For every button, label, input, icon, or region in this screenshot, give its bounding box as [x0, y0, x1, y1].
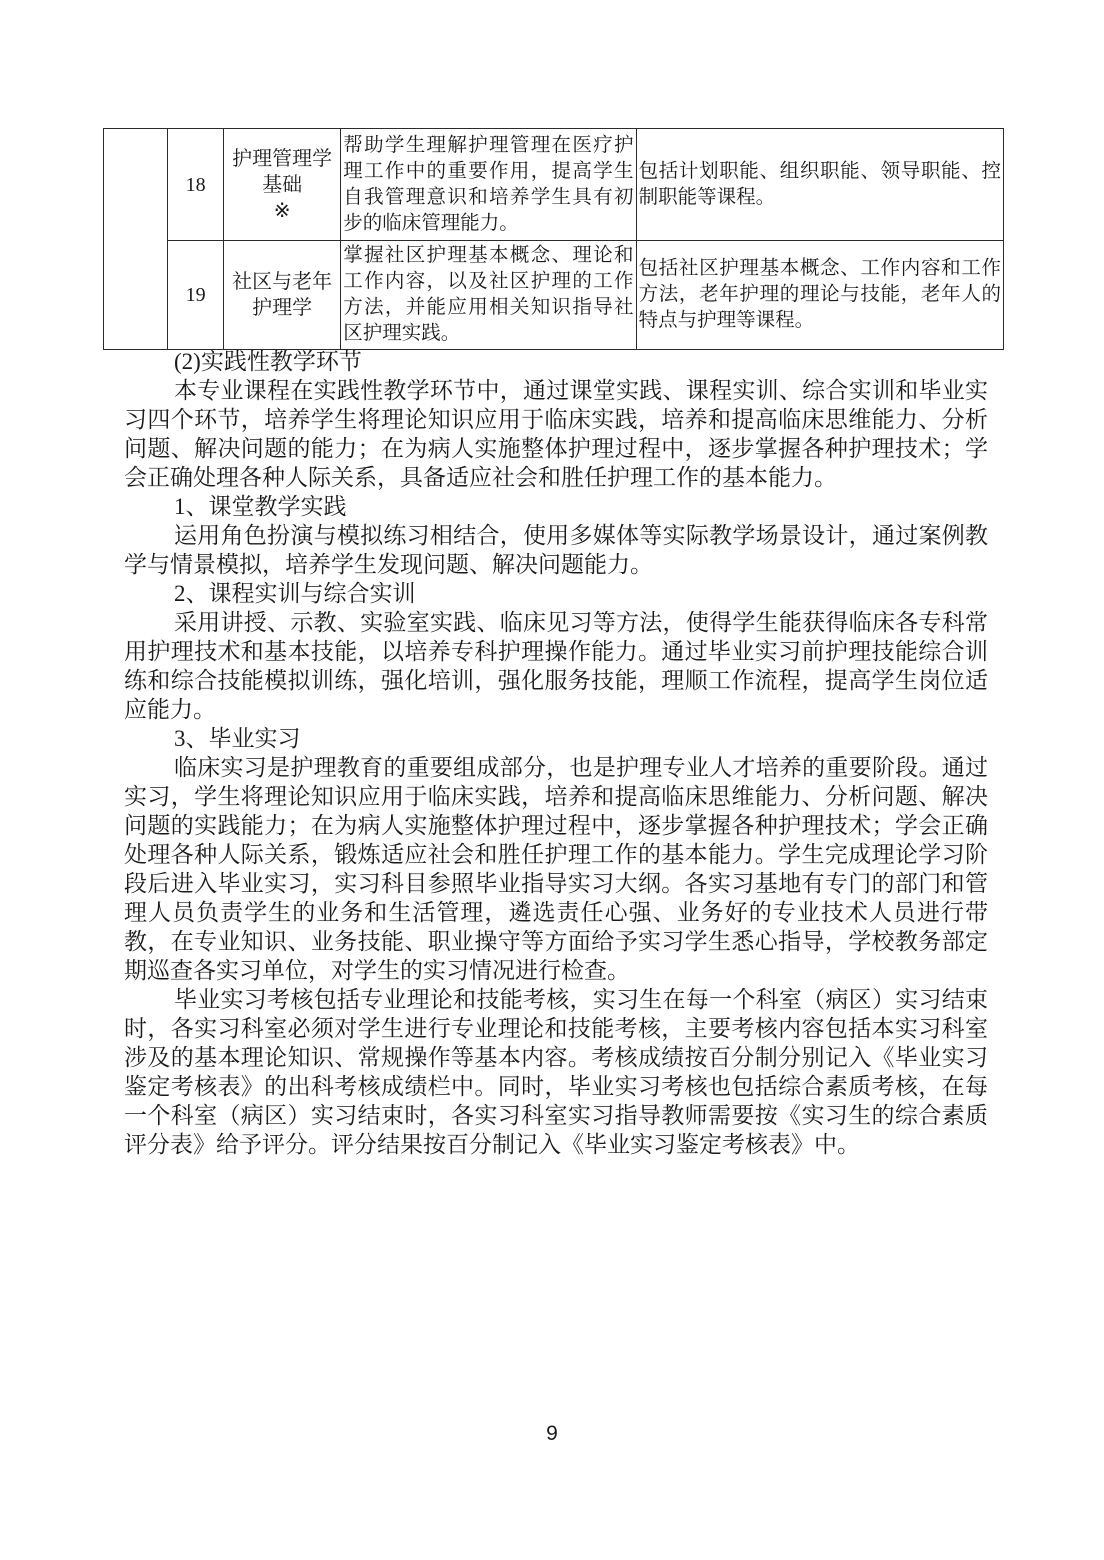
paragraph-internship-overview: 临床实习是护理教育的重要组成部分，也是护理专业人才培养的重要阶段。通过实习，学生…: [124, 753, 988, 985]
paragraph-intro: 本专业课程在实践性教学环节中，通过课堂实践、课程实训、综合实训和毕业实习四个环节…: [124, 376, 988, 492]
course-content: 包括社区护理基本概念、工作内容和工作方法，老年护理的理论与技能，老年人的特点与护…: [636, 241, 1003, 350]
course-objective: 掌握社区护理基本概念、理论和工作内容，以及社区护理的工作方法，并能应用相关知识指…: [341, 241, 636, 350]
course-objective: 帮助学生理解护理管理在医疗护理工作中的重要作用，提高学生自我管理意识和培养学生具…: [341, 129, 636, 241]
subsection-heading-classroom-practice: 1、课堂教学实践: [124, 492, 988, 521]
course-number: 19: [168, 241, 224, 350]
course-table: 18 护理管理学 基础 ※ 帮助学生理解护理管理在医疗护理工作中的重要作用，提高…: [103, 128, 1004, 350]
document-page: 18 护理管理学 基础 ※ 帮助学生理解护理管理在医疗护理工作中的重要作用，提高…: [0, 0, 1104, 1560]
section-heading-practical-teaching: (2)实践性教学环节: [124, 347, 988, 376]
paragraph-classroom-practice: 运用角色扮演与模拟练习相结合，使用多媒体等实际教学场景设计，通过案例教学与情景模…: [124, 521, 988, 579]
course-name: 社区与老年 护理学: [224, 241, 341, 350]
subsection-heading-graduation-internship: 3、毕业实习: [124, 724, 988, 753]
body-text: (2)实践性教学环节 本专业课程在实践性教学环节中，通过课堂实践、课程实训、综合…: [124, 347, 988, 1159]
course-number: 18: [168, 129, 224, 241]
table-row-course-18: 18 护理管理学 基础 ※ 帮助学生理解护理管理在医疗护理工作中的重要作用，提高…: [104, 129, 1004, 241]
course-content: 包括计划职能、组织职能、领导职能、控制职能等课程。: [636, 129, 1003, 241]
table-row-course-19: 19 社区与老年 护理学 掌握社区护理基本概念、理论和工作内容，以及社区护理的工…: [104, 241, 1004, 350]
page-number: 9: [0, 1422, 1104, 1446]
course-name: 护理管理学 基础 ※: [224, 129, 341, 241]
paragraph-course-training: 采用讲授、示教、实验室实践、临床见习等方法，使得学生能获得临床各专科常用护理技术…: [124, 608, 988, 724]
subsection-heading-course-training: 2、课程实训与综合实训: [124, 579, 988, 608]
category-cell-empty: [104, 129, 168, 350]
paragraph-internship-assessment: 毕业实习考核包括专业理论和技能考核，实习生在每一个科室（病区）实习结束时，各实习…: [124, 985, 988, 1159]
